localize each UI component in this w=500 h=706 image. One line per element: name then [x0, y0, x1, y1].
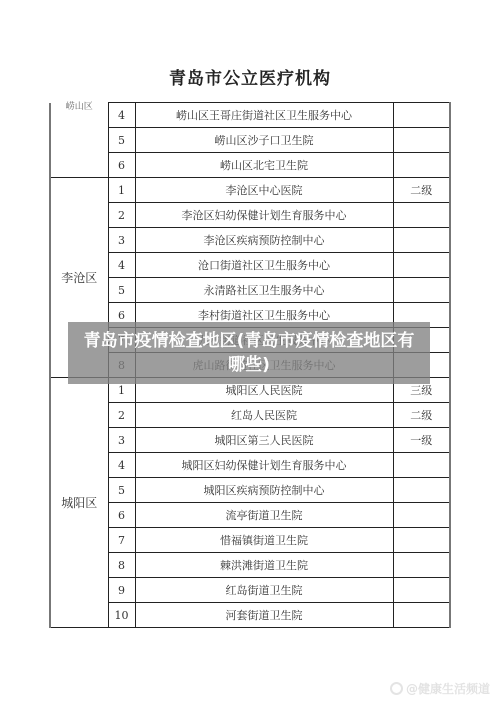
institution-name: 红岛人民医院 — [135, 403, 393, 428]
table-row: 5城阳区疾病预防控制中心 — [50, 478, 450, 503]
district-label: 城阳区 — [61, 496, 97, 510]
table-row: 3李沧区疾病预防控制中心 — [50, 228, 450, 253]
row-number: 2 — [108, 203, 135, 228]
grade-level — [393, 553, 450, 578]
institution-name: 李沧区疾病预防控制中心 — [135, 228, 393, 253]
table-row: 2红岛人民医院二级 — [50, 403, 450, 428]
institution-name: 李沧区中心医院 — [135, 178, 393, 203]
row-number: 1 — [108, 178, 135, 203]
table-row: 3城阳区第三人民医院一级 — [50, 428, 450, 453]
row-number: 3 — [108, 228, 135, 253]
grade-level — [393, 278, 450, 303]
table-row: 4城阳区妇幼保健计划生育服务中心 — [50, 453, 450, 478]
headline-text: 青岛市疫情检查地区(青岛市疫情检查地区有哪些) — [79, 329, 419, 377]
table-row: 6崂山区北宅卫生院 — [50, 153, 450, 178]
watermark: @健康生活频道 — [390, 680, 490, 697]
table-row: 10河套街道卫生院 — [50, 603, 450, 628]
grade-level — [393, 228, 450, 253]
grade-level — [393, 103, 450, 128]
district-cell: 崂山区 — [50, 103, 108, 178]
district-label: 李沧区 — [61, 271, 97, 285]
row-number: 5 — [108, 278, 135, 303]
district-cell: 城阳区 — [50, 378, 108, 628]
grade-level — [393, 128, 450, 153]
headline-overlay: 青岛市疫情检查地区(青岛市疫情检查地区有哪些) — [68, 322, 430, 384]
table-row: 2李沧区妇幼保健计划生育服务中心 — [50, 203, 450, 228]
row-number: 6 — [108, 503, 135, 528]
row-number: 8 — [108, 553, 135, 578]
institution-name: 沧口街道社区卫生服务中心 — [135, 253, 393, 278]
grade-level: 一级 — [393, 428, 450, 453]
institution-name: 惜福镇街道卫生院 — [135, 528, 393, 553]
institution-name: 崂山区沙子口卫生院 — [135, 128, 393, 153]
row-number: 6 — [108, 153, 135, 178]
institution-name: 城阳区第三人民医院 — [135, 428, 393, 453]
row-number: 4 — [108, 253, 135, 278]
row-number: 4 — [108, 103, 135, 128]
grade-level — [393, 603, 450, 628]
institution-name: 崂山区王哥庄街道社区卫生服务中心 — [135, 103, 393, 128]
grade-level — [393, 153, 450, 178]
paw-icon — [390, 682, 403, 695]
institution-name: 城阳区妇幼保健计划生育服务中心 — [135, 453, 393, 478]
grade-level: 二级 — [393, 403, 450, 428]
row-number: 5 — [108, 128, 135, 153]
table-row: 7惜福镇街道卫生院 — [50, 528, 450, 553]
institution-name: 棘洪滩街道卫生院 — [135, 553, 393, 578]
district-label: 崂山区 — [66, 102, 93, 112]
grade-level — [393, 578, 450, 603]
institution-name: 崂山区北宅卫生院 — [135, 153, 393, 178]
table-row: 9红岛街道卫生院 — [50, 578, 450, 603]
table-row: 李沧区1李沧区中心医院二级 — [50, 178, 450, 203]
grade-level — [393, 503, 450, 528]
grade-level — [393, 453, 450, 478]
grade-level: 二级 — [393, 178, 450, 203]
table-row: 6流亭街道卫生院 — [50, 503, 450, 528]
watermark-text: @健康生活频道 — [406, 680, 490, 697]
page-title: 青岛市公立医疗机构 — [0, 64, 500, 89]
institution-name: 城阳区疾病预防控制中心 — [135, 478, 393, 503]
row-number: 2 — [108, 403, 135, 428]
institution-name: 河套街道卫生院 — [135, 603, 393, 628]
institution-name: 李沧区妇幼保健计划生育服务中心 — [135, 203, 393, 228]
table-row: 5永清路社区卫生服务中心 — [50, 278, 450, 303]
row-number: 4 — [108, 453, 135, 478]
table-row: 5崂山区沙子口卫生院 — [50, 128, 450, 153]
grade-level — [393, 478, 450, 503]
institution-name: 流亭街道卫生院 — [135, 503, 393, 528]
row-number: 5 — [108, 478, 135, 503]
table-row: 崂山区4崂山区王哥庄街道社区卫生服务中心 — [50, 103, 450, 128]
grade-level — [393, 528, 450, 553]
institution-name: 红岛街道卫生院 — [135, 578, 393, 603]
row-number: 9 — [108, 578, 135, 603]
table-row: 4沧口街道社区卫生服务中心 — [50, 253, 450, 278]
grade-level — [393, 203, 450, 228]
institution-name: 永清路社区卫生服务中心 — [135, 278, 393, 303]
row-number: 3 — [108, 428, 135, 453]
row-number: 7 — [108, 528, 135, 553]
table-row: 8棘洪滩街道卫生院 — [50, 553, 450, 578]
row-number: 10 — [108, 603, 135, 628]
grade-level — [393, 253, 450, 278]
